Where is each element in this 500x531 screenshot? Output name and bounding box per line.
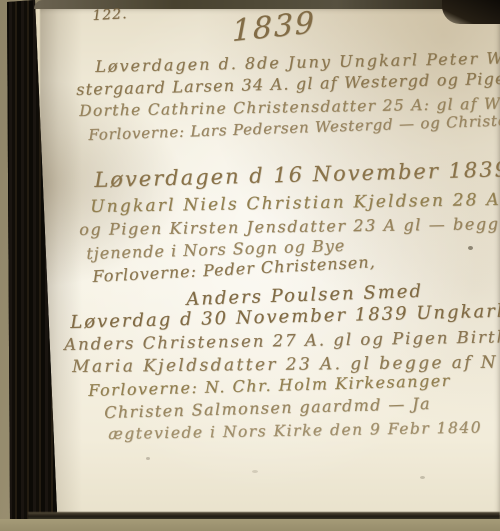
scan-corner-shadow: [442, 0, 500, 24]
page-number: 122.: [92, 6, 128, 24]
paper-speck: [252, 470, 258, 473]
ink-speck: [468, 246, 473, 250]
scanned-document: 122. 1839 Løverdagen d. 8de Juny Ungkarl…: [0, 0, 500, 531]
scan-bottom-edge: [0, 519, 500, 531]
paper-speck: [420, 476, 425, 479]
paper-speck: [146, 457, 150, 460]
